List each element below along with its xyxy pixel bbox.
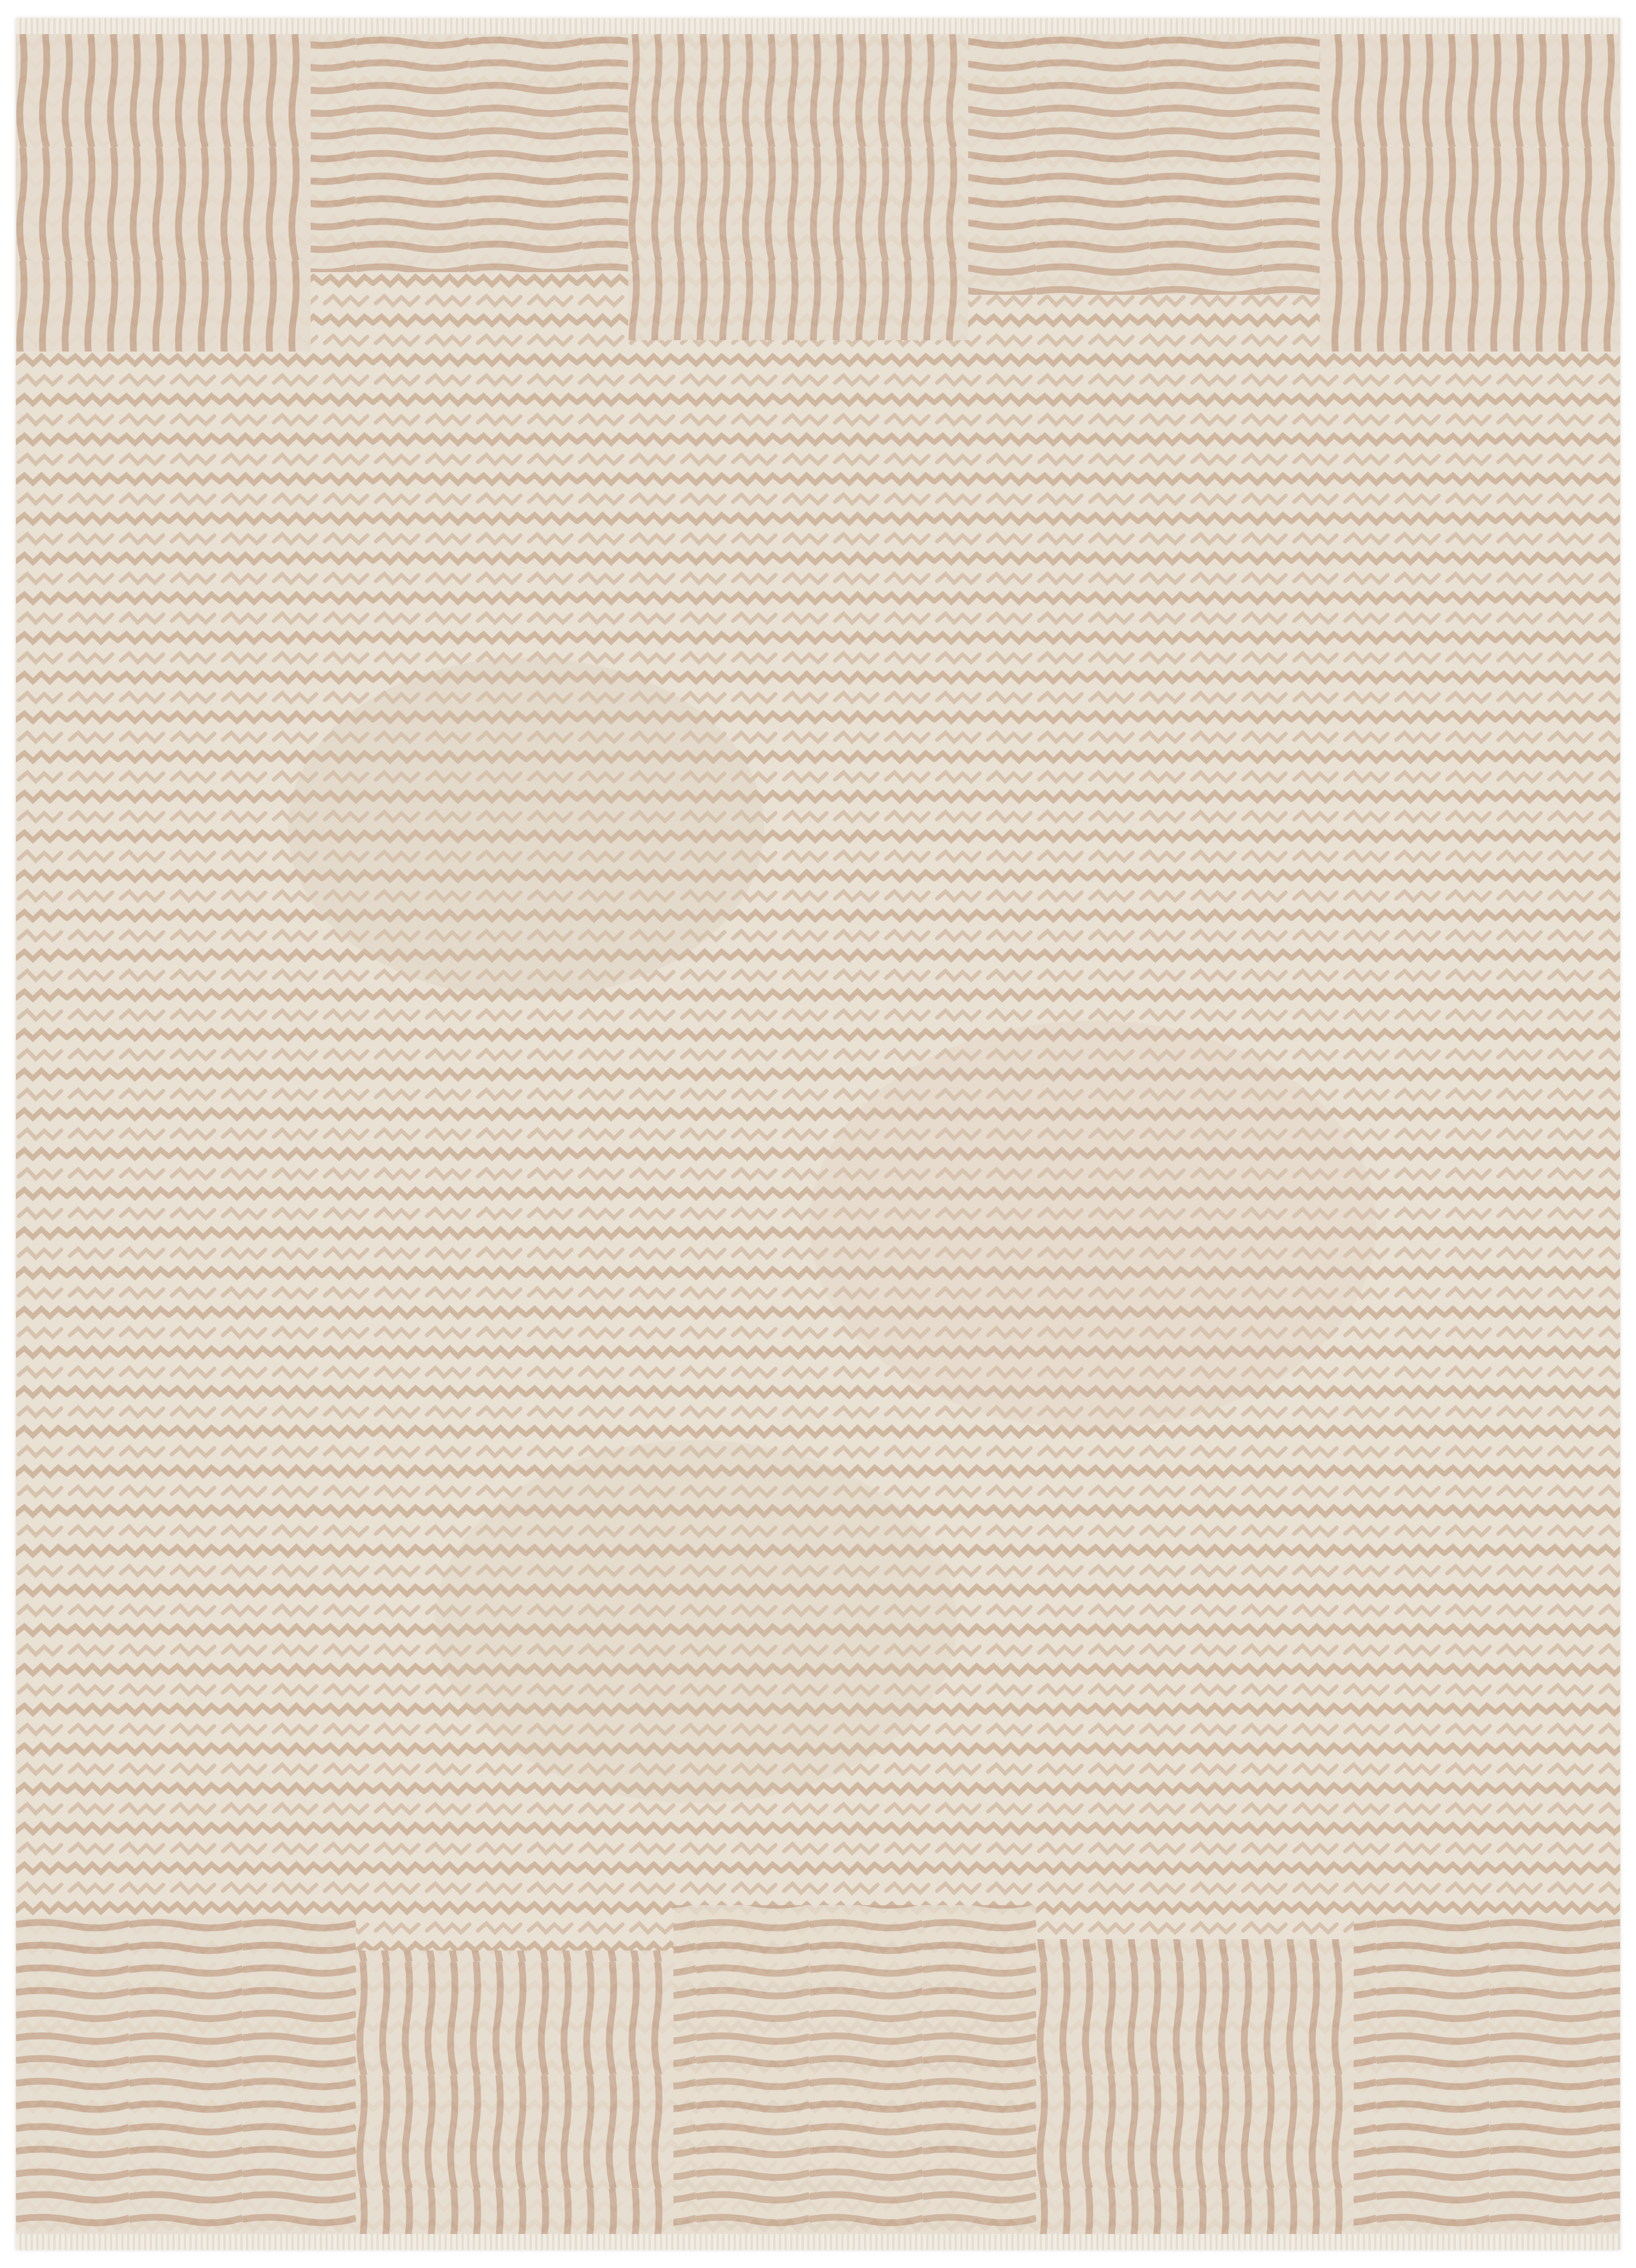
rug-fringe-top — [16, 18, 1620, 34]
abstract-pattern — [16, 34, 1620, 2234]
rug — [16, 18, 1620, 2250]
rug-field-pattern — [16, 34, 1620, 2234]
rug-fringe-bottom — [16, 2234, 1620, 2250]
